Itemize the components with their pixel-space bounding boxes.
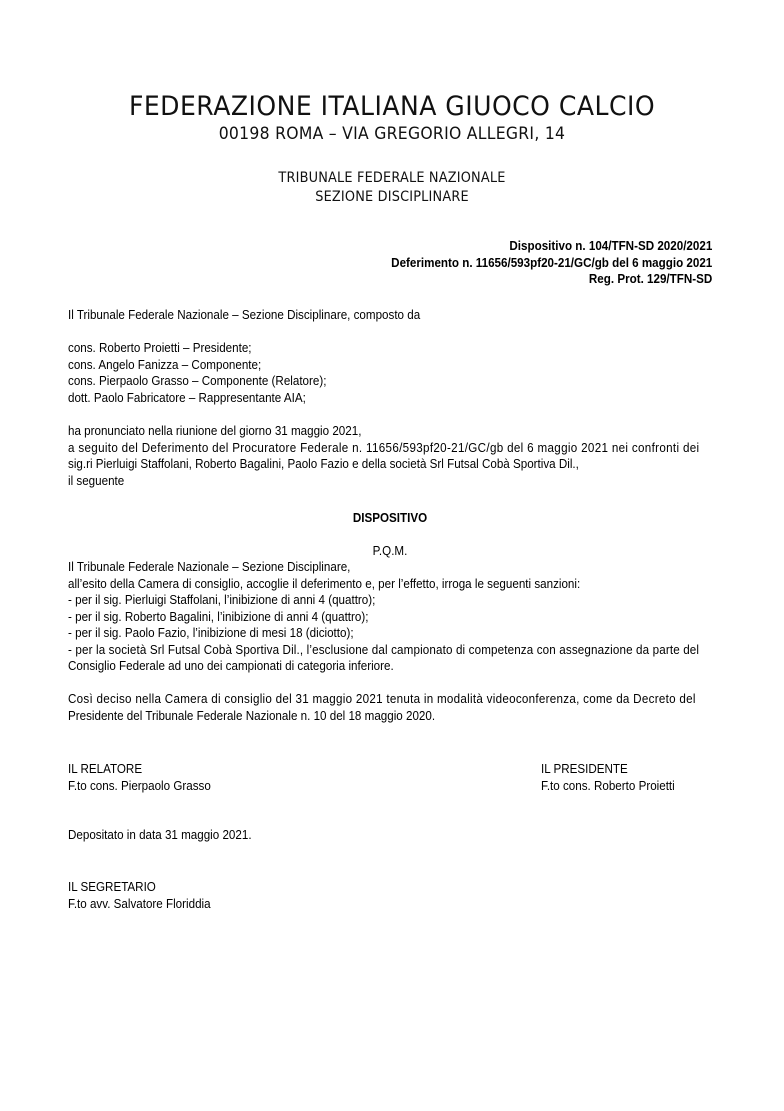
- segretario-name: F.to avv. Salvatore Floriddia: [68, 896, 211, 913]
- sanction-item: - per la società Srl Futsal Cobà Sportiv…: [68, 642, 667, 659]
- members-list: cons. Roberto Proietti – Presidente; con…: [68, 340, 712, 406]
- decision-paragraph: Il Tribunale Federale Nazionale – Sezion…: [68, 559, 712, 675]
- section-name: SEZIONE DISCIPLINARE: [31, 189, 752, 205]
- federation-title: FEDERAZIONE ITALIANA GIUOCO CALCIO: [27, 91, 756, 122]
- sanction-item: - per il sig. Paolo Fazio, l’inibizione …: [68, 625, 667, 642]
- document-page: FEDERAZIONE ITALIANA GIUOCO CALCIO 00198…: [0, 0, 784, 1111]
- pronouncement-line: ha pronunciato nella riunione del giorno…: [68, 423, 667, 440]
- dispositivo-heading-block: DISPOSITIVO: [68, 510, 712, 527]
- presidente-title: IL PRESIDENTE: [541, 761, 675, 778]
- relatore-title: IL RELATORE: [68, 761, 211, 778]
- sanction-item: - per il sig. Pierluigi Staffolani, l’in…: [68, 592, 667, 609]
- decision-line: all’esito della Camera di consiglio, acc…: [68, 576, 667, 593]
- dispositivo-heading: DISPOSITIVO: [91, 510, 690, 527]
- presidente-signature: IL PRESIDENTE F.to cons. Roberto Proiett…: [541, 761, 685, 794]
- intro-paragraph: Il Tribunale Federale Nazionale – Sezion…: [68, 307, 712, 324]
- reg-prot-number: Reg. Prot. 129/TFN-SD: [391, 271, 712, 288]
- closing-paragraph: Così deciso nella Camera di consiglio de…: [68, 691, 712, 724]
- pronouncement-line: a seguito del Deferimento del Procurator…: [68, 440, 667, 457]
- pqm-block: P.Q.M.: [68, 543, 712, 560]
- intro-text: Il Tribunale Federale Nazionale – Sezion…: [68, 307, 667, 324]
- member-item: cons. Roberto Proietti – Presidente;: [68, 340, 667, 357]
- decision-line: Il Tribunale Federale Nazionale – Sezion…: [68, 559, 667, 576]
- closing-line: Presidente del Tribunale Federale Nazion…: [68, 708, 667, 725]
- member-item: cons. Pierpaolo Grasso – Componente (Rel…: [68, 373, 667, 390]
- deferimento-number: Deferimento n. 11656/593pf20-21/GC/gb de…: [391, 255, 712, 272]
- deposit-block: Depositato in data 31 maggio 2021.: [68, 827, 265, 844]
- federation-address: 00198 ROMA – VIA GREGORIO ALLEGRI, 14: [31, 124, 752, 144]
- sanction-item: - per il sig. Roberto Bagalini, l’inibiz…: [68, 609, 667, 626]
- deposit-date: Depositato in data 31 maggio 2021.: [68, 827, 252, 844]
- relatore-name: F.to cons. Pierpaolo Grasso: [68, 778, 211, 795]
- dispositivo-number: Dispositivo n. 104/TFN-SD 2020/2021: [391, 238, 712, 255]
- member-item: dott. Paolo Fabricatore – Rappresentante…: [68, 390, 667, 407]
- segretario-title: IL SEGRETARIO: [68, 879, 211, 896]
- pqm-heading: P.Q.M.: [91, 543, 690, 560]
- relatore-signature: IL RELATORE F.to cons. Pierpaolo Grasso: [68, 761, 222, 794]
- pronouncement-line: sig.ri Pierluigi Staffolani, Roberto Bag…: [68, 456, 667, 473]
- member-item: cons. Angelo Fanizza – Componente;: [68, 357, 667, 374]
- decision-line: Consiglio Federale ad uno dei campionati…: [68, 658, 667, 675]
- tribunal-name: TRIBUNALE FEDERALE NAZIONALE: [31, 170, 752, 186]
- presidente-name: F.to cons. Roberto Proietti: [541, 778, 675, 795]
- closing-line: Così deciso nella Camera di consiglio de…: [68, 691, 667, 708]
- pronouncement-line: il seguente: [68, 473, 667, 490]
- pronouncement-paragraph: ha pronunciato nella riunione del giorno…: [68, 423, 712, 489]
- segretario-signature: IL SEGRETARIO F.to avv. Salvatore Florid…: [68, 879, 221, 912]
- reference-block: Dispositivo n. 104/TFN-SD 2020/2021 Defe…: [367, 238, 712, 288]
